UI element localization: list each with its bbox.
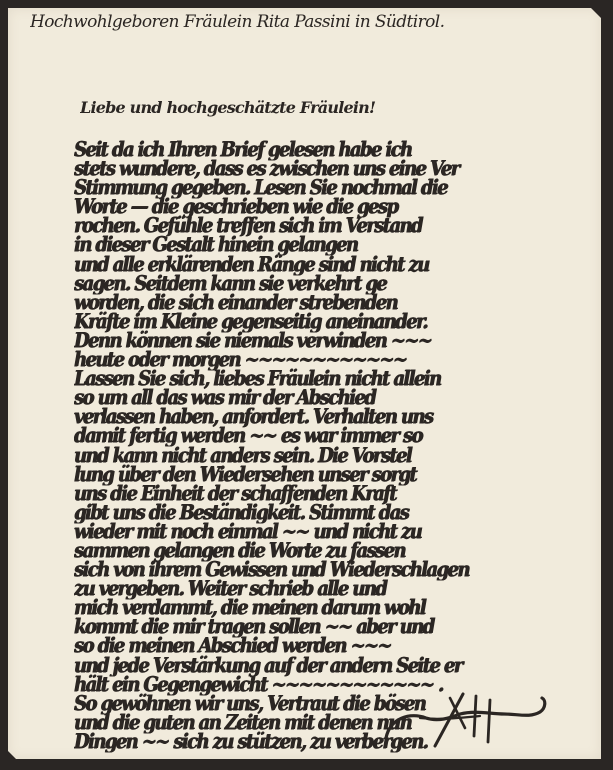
paper-corner-torn <box>7 750 17 760</box>
signature-mark <box>380 688 550 748</box>
address-line: Hochwohlgeboren Fräulein Rita Passini in… <box>30 12 590 32</box>
paper-corner-torn <box>590 7 602 19</box>
letter-body: Seit da ich Ihren Brief gelesen habe ich… <box>74 140 564 751</box>
letter-paper: Hochwohlgeboren Fräulein Rita Passini in… <box>8 8 601 759</box>
salutation: Liebe und hochgeschätzte Fräulein! <box>80 98 420 117</box>
